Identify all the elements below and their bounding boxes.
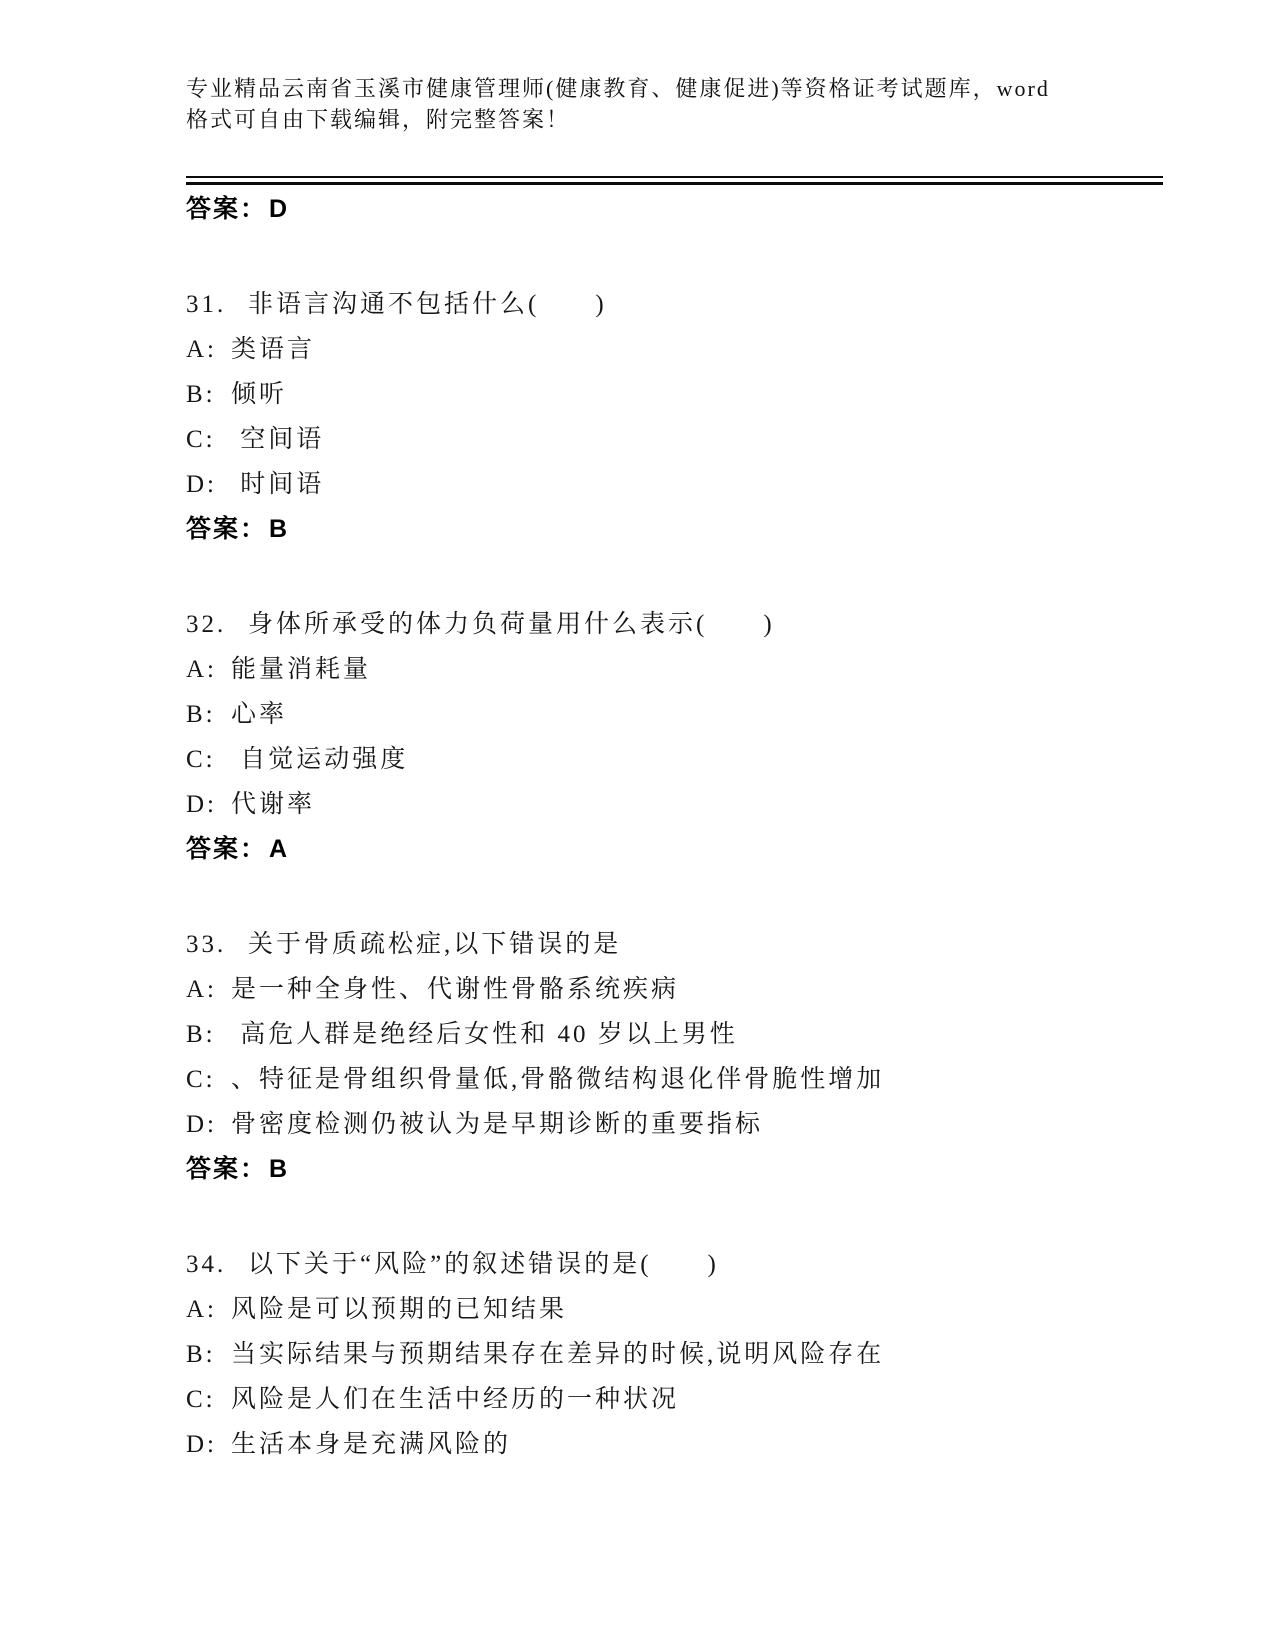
option-row: B: 高危人群是绝经后女性和 40 岁以上男性 — [186, 1012, 1163, 1057]
question-number: 34. — [186, 1242, 248, 1287]
option-label: B: — [186, 372, 231, 417]
option-row: C:、特征是骨组织骨量低,骨骼微结构退化伴骨脆性增加 — [186, 1057, 1163, 1102]
header-line-1: 专业精品云南省玉溪市健康管理师(健康教育、健康促进)等资格证考试题库，word — [186, 73, 1163, 104]
option-row: B:当实际结果与预期结果存在差异的时候,说明风险存在 — [186, 1332, 1163, 1377]
option-text: 代谢率 — [231, 791, 315, 818]
option-row: C: 自觉运动强度 — [186, 737, 1163, 782]
option-label: D: — [186, 782, 231, 827]
option-label: B: — [186, 1332, 231, 1377]
question-block: 34.以下关于“风险”的叙述错误的是( ) A:风险是可以预期的已知结果 B:当… — [186, 1242, 1163, 1467]
option-label: D: — [186, 1422, 231, 1467]
option-text: 风险是人们在生活中经历的一种状况 — [231, 1386, 679, 1413]
option-text: 骨密度检测仍被认为是早期诊断的重要指标 — [231, 1111, 763, 1138]
option-text: 、特征是骨组织骨量低,骨骼微结构退化伴骨脆性增加 — [231, 1066, 884, 1093]
option-text: 空间语 — [231, 426, 324, 453]
question-text: 关于骨质疏松症,以下错误的是 — [248, 931, 621, 958]
option-row: D:代谢率 — [186, 782, 1163, 827]
option-label: A: — [186, 327, 231, 372]
option-label: C: — [186, 737, 231, 782]
option-label: D: — [186, 462, 231, 507]
option-text: 风险是可以预期的已知结果 — [231, 1296, 567, 1323]
answer-line: 答案：B — [186, 507, 1163, 552]
option-label: D: — [186, 1102, 231, 1147]
answer-label: 答案： — [186, 835, 267, 863]
answer-line: 答案：B — [186, 1147, 1163, 1192]
option-label: C: — [186, 417, 231, 462]
option-row: D:生活本身是充满风险的 — [186, 1422, 1163, 1467]
option-row: B:倾听 — [186, 372, 1163, 417]
option-row: D: 时间语 — [186, 462, 1163, 507]
option-row: C:风险是人们在生活中经历的一种状况 — [186, 1377, 1163, 1422]
option-text: 生活本身是充满风险的 — [231, 1431, 511, 1458]
option-label: B: — [186, 692, 231, 737]
question-block: 32.身体所承受的体力负荷量用什么表示( ) A:能量消耗量 B:心率 C: 自… — [186, 602, 1163, 872]
option-label: A: — [186, 967, 231, 1012]
question-line: 32.身体所承受的体力负荷量用什么表示( ) — [186, 602, 1163, 647]
answer-label: 答案： — [186, 195, 267, 223]
option-row: D:骨密度检测仍被认为是早期诊断的重要指标 — [186, 1102, 1163, 1147]
option-label: C: — [186, 1057, 231, 1102]
option-text: 高危人群是绝经后女性和 40 岁以上男性 — [231, 1021, 738, 1048]
header-line-2: 格式可自由下载编辑，附完整答案！ — [186, 104, 1163, 135]
option-text: 心率 — [231, 701, 287, 728]
option-row: A:是一种全身性、代谢性骨骼系统疾病 — [186, 967, 1163, 1012]
header-double-rule — [186, 176, 1163, 185]
option-text: 自觉运动强度 — [231, 746, 408, 773]
option-label: B: — [186, 1012, 231, 1057]
answer-line: 答案：A — [186, 827, 1163, 872]
answer-line: 答案：D — [186, 187, 1163, 232]
option-label: A: — [186, 1287, 231, 1332]
option-text: 能量消耗量 — [231, 656, 371, 683]
document-page: 专业精品云南省玉溪市健康管理师(健康教育、健康促进)等资格证考试题库，word … — [0, 0, 1275, 1650]
question-line: 33.关于骨质疏松症,以下错误的是 — [186, 922, 1163, 967]
question-number: 32. — [186, 602, 248, 647]
option-text: 当实际结果与预期结果存在差异的时候,说明风险存在 — [231, 1341, 884, 1368]
option-row: C: 空间语 — [186, 417, 1163, 462]
answer-label: 答案： — [186, 515, 267, 543]
option-text: 倾听 — [231, 381, 287, 408]
answer-value: A — [269, 835, 289, 863]
option-text: 时间语 — [231, 471, 324, 498]
question-line: 34.以下关于“风险”的叙述错误的是( ) — [186, 1242, 1163, 1287]
question-block: 31.非语言沟通不包括什么( ) A:类语言 B:倾听 C: 空间语 D: 时间… — [186, 282, 1163, 552]
option-label: C: — [186, 1377, 231, 1422]
question-block: 33.关于骨质疏松症,以下错误的是 A:是一种全身性、代谢性骨骼系统疾病 B: … — [186, 922, 1163, 1192]
question-number: 31. — [186, 282, 248, 327]
question-line: 31.非语言沟通不包括什么( ) — [186, 282, 1163, 327]
option-label: A: — [186, 647, 231, 692]
option-text: 是一种全身性、代谢性骨骼系统疾病 — [231, 976, 679, 1003]
answer-label: 答案： — [186, 1155, 267, 1183]
question-text: 身体所承受的体力负荷量用什么表示( ) — [248, 611, 775, 638]
option-row: A:风险是可以预期的已知结果 — [186, 1287, 1163, 1332]
page-header: 专业精品云南省玉溪市健康管理师(健康教育、健康促进)等资格证考试题库，word … — [186, 73, 1163, 185]
answer-value: B — [269, 515, 289, 543]
question-text: 非语言沟通不包括什么( ) — [248, 291, 607, 318]
question-text: 以下关于“风险”的叙述错误的是( ) — [248, 1251, 719, 1278]
option-row: B:心率 — [186, 692, 1163, 737]
question-number: 33. — [186, 922, 248, 967]
option-row: A:能量消耗量 — [186, 647, 1163, 692]
answer-value: B — [269, 1155, 289, 1183]
option-text: 类语言 — [231, 336, 315, 363]
answer-value: D — [269, 195, 289, 223]
option-row: A:类语言 — [186, 327, 1163, 372]
